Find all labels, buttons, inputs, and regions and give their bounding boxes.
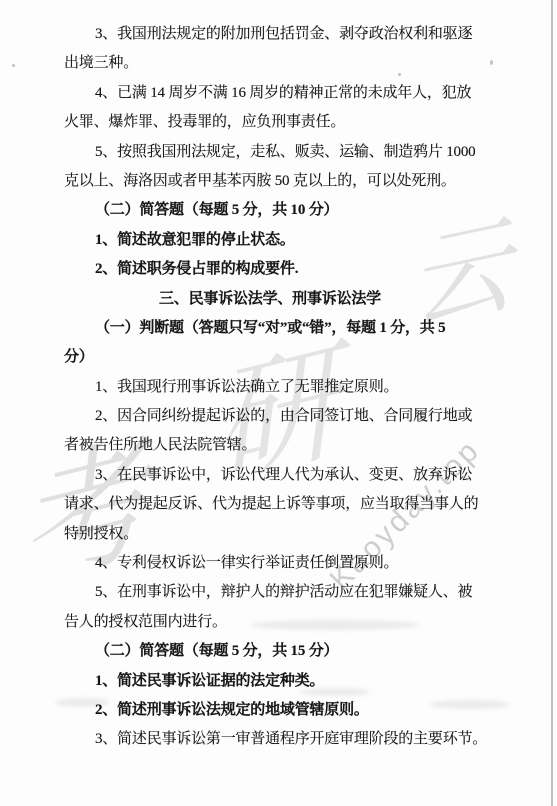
text-line: 三、民事诉讼法学、刑事诉讼法学 xyxy=(64,285,476,314)
text-line: 2、简述刑事诉讼法规定的地域管辖原则。 xyxy=(64,696,476,725)
text-line: 1、简述故意犯罪的停止状态。 xyxy=(64,226,476,255)
text-line: 请求、代为提起反诉、代为提起上诉等事项，应当取得当事人的 xyxy=(64,490,476,519)
text-line: （一）判断题（答题只写“对”或“错”，每题 1 分，共 5 xyxy=(64,314,476,343)
text-line: 告人的授权范围内进行。 xyxy=(64,608,476,637)
text-line: 1、我国现行刑事诉讼法确立了无罪推定原则。 xyxy=(64,373,476,402)
scan-speck xyxy=(490,60,493,65)
text-line: 火罪、爆炸罪、投毒罪的，应负刑事责任。 xyxy=(64,108,476,137)
text-line: 5、按照我国刑法规定，走私、贩卖、运输、制造鸦片 1000 xyxy=(64,138,476,167)
document-text: 3、我国刑法规定的附加刑包括罚金、剥夺政治权利和驱逐出境三种。4、已满 14 周… xyxy=(64,20,476,755)
text-line: 出境三种。 xyxy=(64,49,476,78)
text-line: 3、我国刑法规定的附加刑包括罚金、剥夺政治权利和驱逐 xyxy=(64,20,476,49)
text-line: 分） xyxy=(64,343,476,372)
text-line: 2、简述职务侵占罪的构成要件. xyxy=(64,255,476,284)
text-line: 5、在刑事诉讼中，辩护人的辩护活动应在犯罪嫌疑人、被 xyxy=(64,578,476,607)
scanned-exam-page: 考 研 云 Kaoyday.top 3、我国刑法规定的附加刑包括罚金、剥夺政治权… xyxy=(0,0,557,806)
scan-speck xyxy=(12,64,15,67)
scan-edge-line xyxy=(551,0,553,806)
text-line: 4、专利侵权诉讼一律实行举证责任倒置原则。 xyxy=(64,549,476,578)
text-line: 2、因合同纠纷提起诉讼的，由合同签订地、合同履行地或 xyxy=(64,402,476,431)
text-line: （二）简答题（每题 5 分，共 15 分） xyxy=(64,637,476,666)
text-line: 4、已满 14 周岁不满 16 周岁的精神正常的未成年人，犯放 xyxy=(64,79,476,108)
text-line: 者被告住所地人民法院管辖。 xyxy=(64,431,476,460)
text-line: 1、简述民事诉讼证据的法定种类。 xyxy=(64,667,476,696)
text-line: 克以上、海洛因或者甲基苯丙胺 50 克以上的，可以处死刑。 xyxy=(64,167,476,196)
text-line: 3、简述民事诉讼第一审普通程序开庭审理阶段的主要环节。 xyxy=(64,725,476,754)
text-line: （二）简答题（每题 5 分，共 10 分） xyxy=(64,196,476,225)
text-line: 3、在民事诉讼中，诉讼代理人代为承认、变更、放弃诉讼 xyxy=(64,461,476,490)
text-line: 特别授权。 xyxy=(64,520,476,549)
